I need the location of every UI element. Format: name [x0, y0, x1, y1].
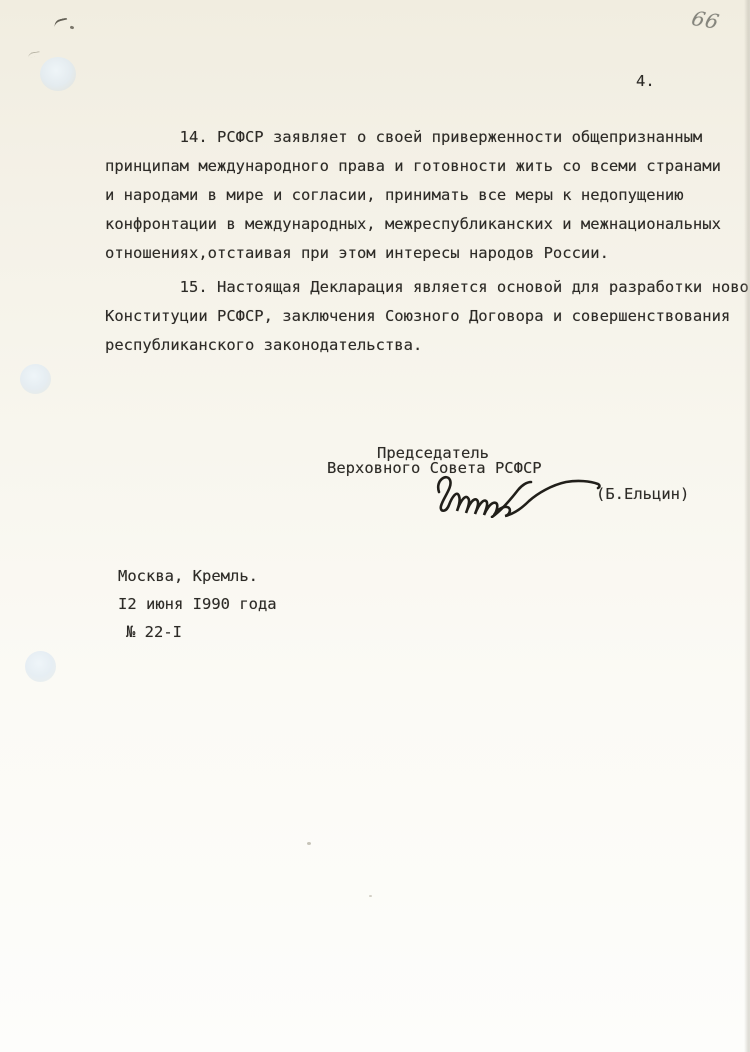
paper-spot — [25, 651, 56, 682]
paper-spot — [20, 364, 51, 394]
signatory-title: Председатель Верховного Совета РСФСР — [327, 446, 539, 475]
ink-speck — [307, 842, 311, 845]
yeltsin-signature-icon — [430, 472, 602, 518]
ink-speck — [28, 51, 41, 58]
signatory-name: (Б.Ельцин) — [596, 485, 689, 503]
paragraph-15: 15. Настоящая Декларация является осново… — [105, 273, 745, 360]
document-number: № 22-I — [126, 623, 182, 641]
paragraph-14: 14. РСФСР заявляет о своей приверженност… — [105, 123, 745, 268]
pencil-archival-number: 66 — [689, 6, 722, 34]
paper-spot — [40, 57, 76, 91]
ink-speck — [369, 895, 372, 897]
place-line: Москва, Кремль. — [118, 562, 277, 590]
ink-speck — [70, 25, 75, 29]
page-edge-shadow — [744, 0, 750, 1052]
ink-speck — [53, 17, 69, 28]
scanned-document-page: 66 4. 14. РСФСР заявляет о своей приверж… — [0, 0, 750, 1052]
page-number: 4. — [636, 72, 655, 90]
place-date-block: Москва, Кремль. I2 июня I990 года — [118, 562, 277, 618]
date-line: I2 июня I990 года — [118, 590, 277, 618]
